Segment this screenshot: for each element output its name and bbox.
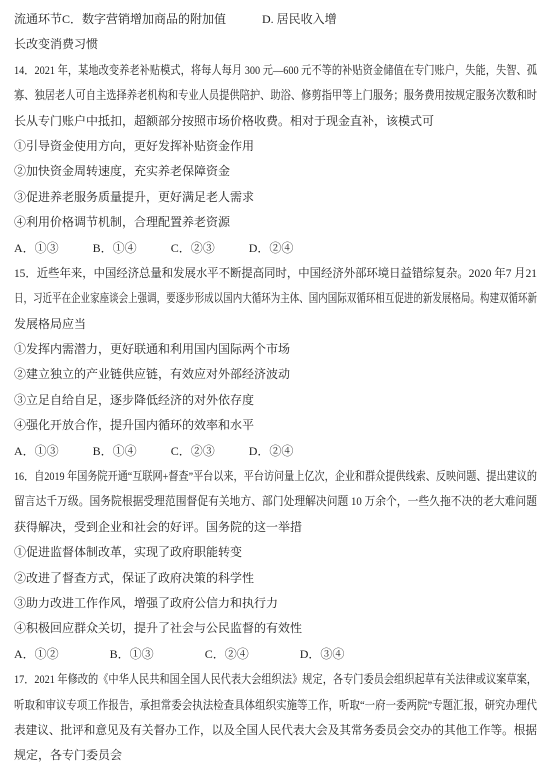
question-15: 15．近些年来，中国经济总量和发展水平不断提高同时，中国经济外部环境日益错综复杂… (14, 261, 537, 464)
choice-b: B．①④ (93, 439, 137, 464)
stem-text: 表建议、批评和意见及有关督办工作，以及全国人民代表大会及其常务委员会交办的其他工… (14, 718, 537, 743)
option-2: ②改进了督查方式，保证了政府决策的科学性 (14, 566, 254, 591)
option-2: ②加快资金周转速度，充实养老保障资金 (14, 159, 230, 184)
option-line: ②改进了督查方式，保证了政府决策的科学性 (14, 566, 537, 591)
choice-d: D．②④ (249, 236, 294, 261)
stem-text: 长从专门账户中抵扣，超额部分按照市场价格收费。相对于现金直补，该模式可 (14, 109, 434, 134)
stem-text: 14．2021 年，某地改变养老补贴模式，将每人每月 300 元—600 元不等… (14, 58, 537, 83)
option-line: ③助力改进工作作风，增强了政府公信力和执行力 (14, 591, 537, 616)
choice-b: B．①④ (93, 236, 137, 261)
stem-line: 长从专门账户中抵扣，超额部分按照市场价格收费。相对于现金直补，该模式可 (14, 109, 537, 134)
option-line: ③立足自给自足，逐步降低经济的对外依存度 (14, 388, 537, 413)
stem-text: 日，习近平在企业家座谈会上强调，要逐步形成以国内大循环为主体、国内国际双循环相互… (14, 286, 537, 311)
continuation-text: 流通环节C．数字营销增加商品的附加值 D. 居民收入增 (14, 7, 337, 32)
option-1: ①发挥内需潜力，更好联通和利用国内国际两个市场 (14, 337, 290, 362)
option-3: ③立足自给自足，逐步降低经济的对外依存度 (14, 388, 254, 413)
option-2: ②建立独立的产业链供应链，有效应对外部经济波动 (14, 362, 290, 387)
stem-text: 寡、独居老人可自主选择养老机构和专业人员提供陪护、助浴、修剪指甲等上门服务；服务… (14, 83, 537, 108)
continuation-text: 长改变消费习惯 (14, 32, 98, 57)
option-4: ④强化开放合作，提升国内循环的效率和水平 (14, 413, 254, 438)
option-line: ①促进监督体制改革，实现了政府职能转变 (14, 540, 537, 565)
stem-line: 发展格局应当 (14, 312, 537, 337)
choice-c: C．②④ (205, 642, 249, 667)
option-line: ②加快资金周转速度，充实养老保障资金 (14, 159, 537, 184)
stem-line: 日，习近平在企业家座谈会上强调，要逐步形成以国内大循环为主体、国内国际双循环相互… (14, 286, 537, 311)
choices-row: A．①③ B．①④ C．②③ D．②④ (14, 439, 537, 464)
stem-line: 16．自2019 年国务院开通“互联网+督查”平台以来，平台访问量上亿次，企业和… (14, 464, 537, 489)
option-line: ④积极回应群众关切，提升了社会与公民监督的有效性 (14, 616, 537, 641)
stem-line: 17．2021 年修改的《中华人民共和国全国人民代表大会组织法》规定，各专门委员… (14, 667, 537, 692)
option-1: ①促进监督体制改革，实现了政府职能转变 (14, 540, 242, 565)
choice-a: A．①③ (14, 236, 59, 261)
option-1: ①引导资金使用方向，更好发挥补贴资金作用 (14, 134, 254, 159)
choice-d: D．②④ (249, 439, 294, 464)
question-14: 14．2021 年，某地改变养老补贴模式，将每人每月 300 元—600 元不等… (14, 58, 537, 261)
stem-line: 15．近些年来，中国经济总量和发展水平不断提高同时，中国经济外部环境日益错综复杂… (14, 261, 537, 286)
stem-line: 听取和审议专项工作报告，承担常委会执法检查具体组织实施等工作，听取“一府一委两院… (14, 693, 537, 718)
option-line: ①发挥内需潜力，更好联通和利用国内国际两个市场 (14, 337, 537, 362)
exam-page: 流通环节C．数字营销增加商品的附加值 D. 居民收入增 长改变消费习惯 14．2… (0, 0, 550, 770)
stem-text: 17．2021 年修改的《中华人民共和国全国人民代表大会组织法》规定，各专门委员… (14, 667, 537, 692)
continuation-line: 长改变消费习惯 (14, 32, 537, 57)
stem-text: 15．近些年来，中国经济总量和发展水平不断提高同时，中国经济外部环境日益错综复杂… (14, 261, 537, 286)
stem-text: 规定，各专门委员会 (14, 743, 122, 768)
stem-line: 留言达千万级。国务院根据受理范围督促有关地方、部门处理解决问题 10 万余个，一… (14, 489, 537, 514)
choice-c: C．②③ (171, 236, 215, 261)
option-line: ②建立独立的产业链供应链，有效应对外部经济波动 (14, 362, 537, 387)
question-16: 16．自2019 年国务院开通“互联网+督查”平台以来，平台访问量上亿次，企业和… (14, 464, 537, 667)
stem-text: 发展格局应当 (14, 312, 86, 337)
choices-row: A．①③ B．①④ C．②③ D．②④ (14, 236, 537, 261)
choice-c: C．②③ (171, 439, 215, 464)
stem-text: 获得解决，受到企业和社会的好评。国务院的这一举措 (14, 515, 302, 540)
stem-line: 表建议、批评和意见及有关督办工作，以及全国人民代表大会及其常务委员会交办的其他工… (14, 718, 537, 743)
question-17: 17．2021 年修改的《中华人民共和国全国人民代表大会组织法》规定，各专门委员… (14, 667, 537, 769)
stem-text: 16．自2019 年国务院开通“互联网+督查”平台以来，平台访问量上亿次，企业和… (14, 464, 537, 489)
option-line: ③促进养老服务质量提升，更好满足老人需求 (14, 185, 537, 210)
stem-line: 获得解决，受到企业和社会的好评。国务院的这一举措 (14, 515, 537, 540)
stem-line: 规定，各专门委员会 (14, 743, 537, 768)
option-line: ①引导资金使用方向，更好发挥补贴资金作用 (14, 134, 537, 159)
stem-text: 听取和审议专项工作报告，承担常委会执法检查具体组织实施等工作，听取“一府一委两院… (14, 693, 537, 718)
stem-line: 14．2021 年，某地改变养老补贴模式，将每人每月 300 元—600 元不等… (14, 58, 537, 83)
option-3: ③促进养老服务质量提升，更好满足老人需求 (14, 185, 254, 210)
option-3: ③助力改进工作作风，增强了政府公信力和执行力 (14, 591, 278, 616)
previous-question-continuation: 流通环节C．数字营销增加商品的附加值 D. 居民收入增 长改变消费习惯 (14, 7, 537, 58)
choice-a: A．①② (14, 642, 59, 667)
choice-a: A．①③ (14, 439, 59, 464)
choices-row: A．①② B．①③ C．②④ D．③④ (14, 642, 537, 667)
choice-b: B．①③ (110, 642, 154, 667)
option-4: ④积极回应群众关切，提升了社会与公民监督的有效性 (14, 616, 302, 641)
option-4: ④利用价格调节机制，合理配置养老资源 (14, 210, 230, 235)
option-line: ④强化开放合作，提升国内循环的效率和水平 (14, 413, 537, 438)
option-line: ④利用价格调节机制，合理配置养老资源 (14, 210, 537, 235)
stem-line: 寡、独居老人可自主选择养老机构和专业人员提供陪护、助浴、修剪指甲等上门服务；服务… (14, 83, 537, 108)
stem-text: 留言达千万级。国务院根据受理范围督促有关地方、部门处理解决问题 10 万余个，一… (14, 489, 537, 514)
choice-d: D．③④ (300, 642, 345, 667)
continuation-line: 流通环节C．数字营销增加商品的附加值 D. 居民收入增 (14, 7, 537, 32)
